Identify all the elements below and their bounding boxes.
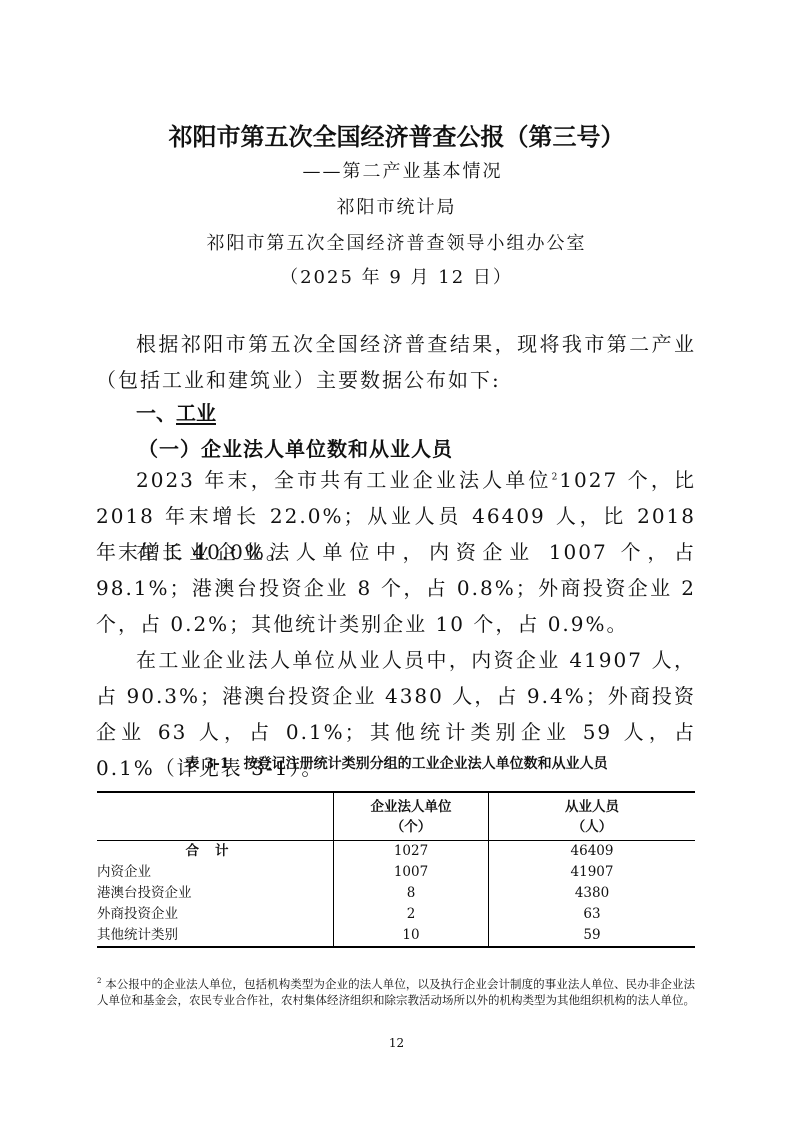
cell-units: 10 (334, 925, 489, 947)
publication-date: （2025 年 9 月 12 日） (0, 263, 793, 289)
table-header-row: 企业法人单位 （个） 从业人员 （人） (97, 792, 695, 841)
subsection-heading: （一）企业法人单位数和从业人员 (138, 433, 453, 462)
header-blank (97, 792, 334, 841)
table-row: 内资企业 1007 41907 (97, 862, 695, 883)
cell-employees: 46409 (489, 841, 696, 863)
header-label: 从业人员 (489, 797, 695, 817)
table-caption: 表 3-1 按登记注册统计类别分组的工业企业法人单位数和从业人员 (0, 753, 793, 773)
row-label: 港澳台投资企业 (97, 883, 334, 904)
cell-units: 1007 (334, 862, 489, 883)
header-legal-units: 企业法人单位 （个） (334, 792, 489, 841)
bulletin-subtitle: ——第二产业基本情况 (6, 157, 793, 183)
paragraph-units-breakdown: 在工业企业法人单位中，内资企业 1007 个，占 98.1%；港澳台投资企业 8… (96, 534, 696, 642)
document-page: 祁阳市第五次全国经济普查公报（第三号） ——第二产业基本情况 祁阳市统计局 祁阳… (0, 0, 793, 1122)
paragraph-text: 2023 年末，全市共有工业企业法人单位 (136, 468, 552, 492)
section-heading-industry: 一、工业 (136, 397, 216, 426)
cell-employees: 4380 (489, 883, 696, 904)
table-row: 其他统计类别 10 59 (97, 925, 695, 947)
row-label: 内资企业 (97, 862, 334, 883)
table-row: 港澳台投资企业 8 4380 (97, 883, 695, 904)
header-unit: （人） (489, 817, 695, 837)
page-number: 12 (0, 1036, 793, 1050)
section-prefix: 一、 (136, 401, 176, 425)
cell-employees: 59 (489, 925, 696, 947)
row-label: 其他统计类别 (97, 925, 334, 947)
row-label: 合计 (97, 841, 334, 863)
cell-employees: 63 (489, 904, 696, 925)
cell-units: 1027 (334, 841, 489, 863)
issuer-census-office: 祁阳市第五次全国经济普查领导小组办公室 (0, 229, 793, 255)
cell-units: 2 (334, 904, 489, 925)
header-label: 企业法人单位 (334, 797, 488, 817)
footnote-marker: 2 (97, 977, 101, 985)
table-row: 外商投资企业 2 63 (97, 904, 695, 925)
row-label: 外商投资企业 (97, 904, 334, 925)
cell-employees: 41907 (489, 862, 696, 883)
intro-paragraph: 根据祁阳市第五次全国经济普查结果，现将我市第二产业（包括工业和建筑业）主要数据公… (96, 326, 696, 398)
issuer-statistics-bureau: 祁阳市统计局 (0, 193, 793, 219)
footnote: 2 本公报中的企业法人单位，包括机构类型为企业的法人单位，以及执行企业会计制度的… (97, 976, 695, 1008)
cell-units: 8 (334, 883, 489, 904)
table-row-total: 合计 1027 46409 (97, 841, 695, 863)
section-title: 工业 (176, 401, 216, 425)
header-employees: 从业人员 （人） (489, 792, 696, 841)
header-unit: （个） (334, 817, 488, 837)
bulletin-title: 祁阳市第五次全国经济普查公报（第三号） (0, 117, 793, 152)
data-table-3-1: 企业法人单位 （个） 从业人员 （人） 合计 1027 46409 内资企业 1… (97, 791, 695, 948)
footnote-text: 本公报中的企业法人单位，包括机构类型为企业的法人单位，以及执行企业会计制度的事业… (97, 977, 695, 1007)
